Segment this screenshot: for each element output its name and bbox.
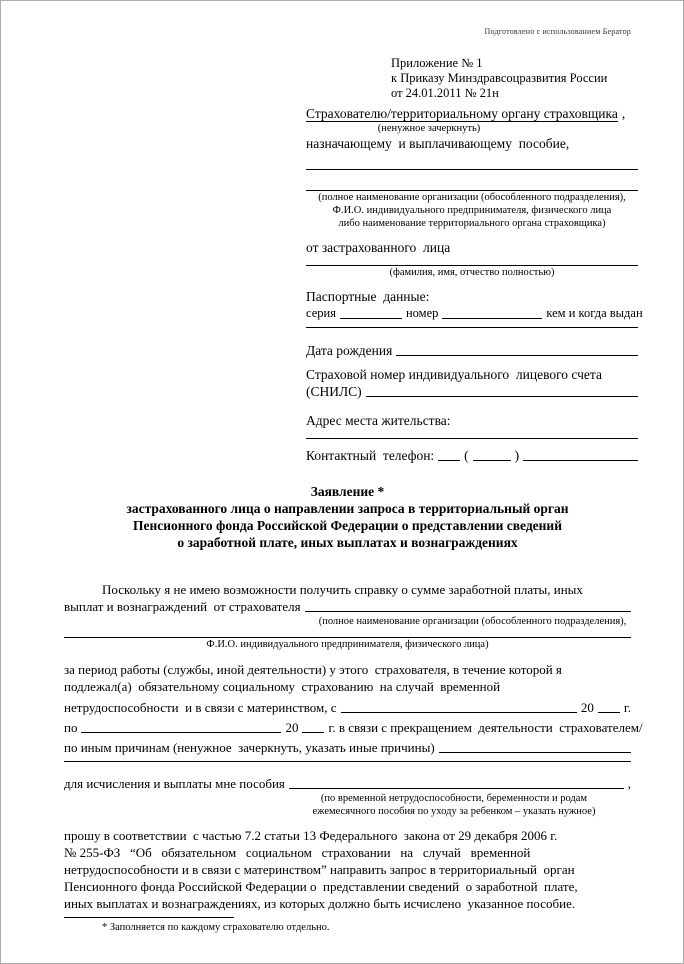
address-field bbox=[306, 429, 638, 439]
appendix-line-1: Приложение № 1 bbox=[391, 56, 607, 71]
paragraph1-line2: выплат и вознаграждений от страхователя bbox=[64, 598, 631, 615]
period-start-year-field bbox=[598, 700, 620, 713]
employer-org-caption: (полное наименование организации (обособ… bbox=[314, 615, 631, 628]
phone-paren-open: ( bbox=[464, 447, 469, 464]
number-field bbox=[442, 306, 542, 319]
org-caption-1: (полное наименование организации (обособ… bbox=[306, 191, 638, 204]
other-reasons-text: по иным причинам (ненужное зачеркнуть, у… bbox=[64, 739, 435, 756]
period-end-suffix: г. в связи с прекращением деятельности с… bbox=[328, 719, 642, 736]
phone-line: Контактный телефон: ( ) bbox=[306, 447, 638, 464]
address-label: Адрес места жительства: bbox=[306, 412, 638, 429]
passport-series-line: серия номер кем и когда выдан bbox=[306, 305, 638, 322]
title-line-1: Заявление * bbox=[64, 483, 631, 500]
benefit-caption-2: ежемесячного пособия по уходу за ребенко… bbox=[289, 805, 619, 818]
period-end-year-prefix: 20 bbox=[285, 719, 298, 736]
insured-name-field bbox=[306, 256, 638, 266]
paragraph3-line3: нетрудоспособности и в связи с материнст… bbox=[64, 861, 631, 878]
number-label: номер bbox=[406, 305, 438, 322]
snils-label-line1: Страховой номер индивидуального лицевого… bbox=[306, 366, 638, 383]
series-label: серия bbox=[306, 305, 336, 322]
series-field bbox=[340, 306, 402, 319]
period-end-year-field bbox=[302, 720, 324, 733]
benefit-type-field bbox=[289, 776, 624, 789]
document-page: Подготовлено с использованием Бератор Пр… bbox=[0, 0, 684, 964]
employer-name-field bbox=[305, 599, 631, 612]
employer-name-field-2 bbox=[64, 628, 631, 638]
document-title: Заявление * застрахованного лица о напра… bbox=[64, 483, 631, 551]
snils-label-line2: (СНИЛС) bbox=[306, 383, 362, 400]
recipient-comma: , bbox=[622, 106, 625, 121]
paragraph1-line2-text: выплат и вознаграждений от страхователя bbox=[64, 598, 301, 615]
paragraph3-line4: Пенсионного фонда Российской Федерации о… bbox=[64, 878, 631, 895]
issued-label: кем и когда выдан bbox=[546, 305, 642, 322]
paragraph3-line5: иных выплатах и вознаграждениях, из кото… bbox=[64, 895, 631, 912]
snils-line: (СНИЛС) bbox=[306, 383, 638, 400]
period-end-date-field bbox=[81, 720, 281, 733]
recipient-text: Страхователю/территориальному органу стр… bbox=[306, 106, 618, 122]
org-caption-2: Ф.И.О. индивидуального предпринимателя, … bbox=[306, 204, 638, 217]
snils-field bbox=[366, 384, 638, 397]
org-caption-3: либо наименование территориального орган… bbox=[306, 217, 638, 230]
paragraph3-line1: прошу в соответствии с частью 7.2 статьи… bbox=[64, 827, 631, 844]
passport-label: Паспортные данные: bbox=[306, 288, 638, 305]
preparation-watermark: Подготовлено с использованием Бератор bbox=[485, 27, 631, 36]
birthdate-label: Дата рождения bbox=[306, 342, 392, 359]
organization-name-field-2 bbox=[306, 170, 638, 191]
paragraph1-line1: Поскольку я не имею возможности получить… bbox=[64, 581, 631, 598]
employer-fio-caption: Ф.И.О. индивидуального предпринимателя, … bbox=[64, 638, 631, 651]
benefit-caption-1: (по временной нетрудоспособности, береме… bbox=[289, 792, 619, 805]
birthdate-line: Дата рождения bbox=[306, 342, 638, 359]
period-start-date-field bbox=[341, 700, 577, 713]
phone-paren-close: ) bbox=[515, 447, 520, 464]
statement-body: Заявление * застрахованного лица о напра… bbox=[64, 483, 631, 934]
birthdate-field bbox=[396, 343, 638, 356]
paragraph3-line2: № 255-ФЗ “Об обязательном социальном стр… bbox=[64, 844, 631, 861]
appendix-line-3: от 24.01.2011 № 21н bbox=[391, 86, 607, 101]
footnote-text: * Заполняется по каждому страхователю от… bbox=[102, 921, 631, 934]
title-line-4: о заработной плате, иных выплатах и возн… bbox=[64, 534, 631, 551]
appendix-reference-block: Приложение № 1 к Приказу Минздравсоцразв… bbox=[391, 56, 607, 101]
period-start-line: нетрудоспособности и в связи с материнст… bbox=[64, 699, 631, 716]
addressee-block: Страхователю/территориальному органу стр… bbox=[306, 105, 638, 464]
appendix-line-2: к Приказу Минздравсоцразвития России bbox=[391, 71, 607, 86]
other-reasons-field bbox=[439, 740, 631, 753]
organization-name-field bbox=[306, 152, 638, 170]
footnote-divider bbox=[64, 917, 234, 918]
benefit-line: для исчисления и выплаты мне пособия , bbox=[64, 775, 631, 792]
period-start-year-prefix: 20 bbox=[581, 699, 594, 716]
appointing-line: назначающему и выплачивающему пособие, bbox=[306, 135, 638, 152]
period-end-text: по bbox=[64, 719, 77, 736]
benefit-comma: , bbox=[628, 775, 631, 792]
recipient-line: Страхователю/территориальному органу стр… bbox=[306, 105, 638, 122]
issued-by-field bbox=[306, 322, 638, 328]
title-line-2: застрахованного лица о направлении запро… bbox=[64, 500, 631, 517]
paragraph2-line2: подлежал(а) обязательному социальному ст… bbox=[64, 678, 631, 695]
title-line-3: Пенсионного фонда Российской Федерации о… bbox=[64, 517, 631, 534]
paragraph2-line1: за период работы (службы, иной деятельно… bbox=[64, 661, 631, 678]
other-reasons-field-2 bbox=[64, 756, 631, 762]
phone-label: Контактный телефон: bbox=[306, 447, 434, 464]
period-end-line: по 20 г. в связи с прекращением деятельн… bbox=[64, 719, 631, 736]
crossout-note: (ненужное зачеркнуть) bbox=[324, 122, 534, 135]
phone-code-field bbox=[438, 448, 460, 461]
phone-area-field bbox=[473, 448, 511, 461]
phone-number-field bbox=[523, 448, 638, 461]
period-start-text: нетрудоспособности и в связи с материнст… bbox=[64, 699, 337, 716]
other-reasons-line: по иным причинам (ненужное зачеркнуть, у… bbox=[64, 739, 631, 756]
period-start-year-suffix: г. bbox=[624, 699, 631, 716]
fio-caption: (фамилия, имя, отчество полностью) bbox=[306, 266, 638, 279]
from-insured-label: от застрахованного лица bbox=[306, 239, 638, 256]
benefit-text: для исчисления и выплаты мне пособия bbox=[64, 775, 285, 792]
